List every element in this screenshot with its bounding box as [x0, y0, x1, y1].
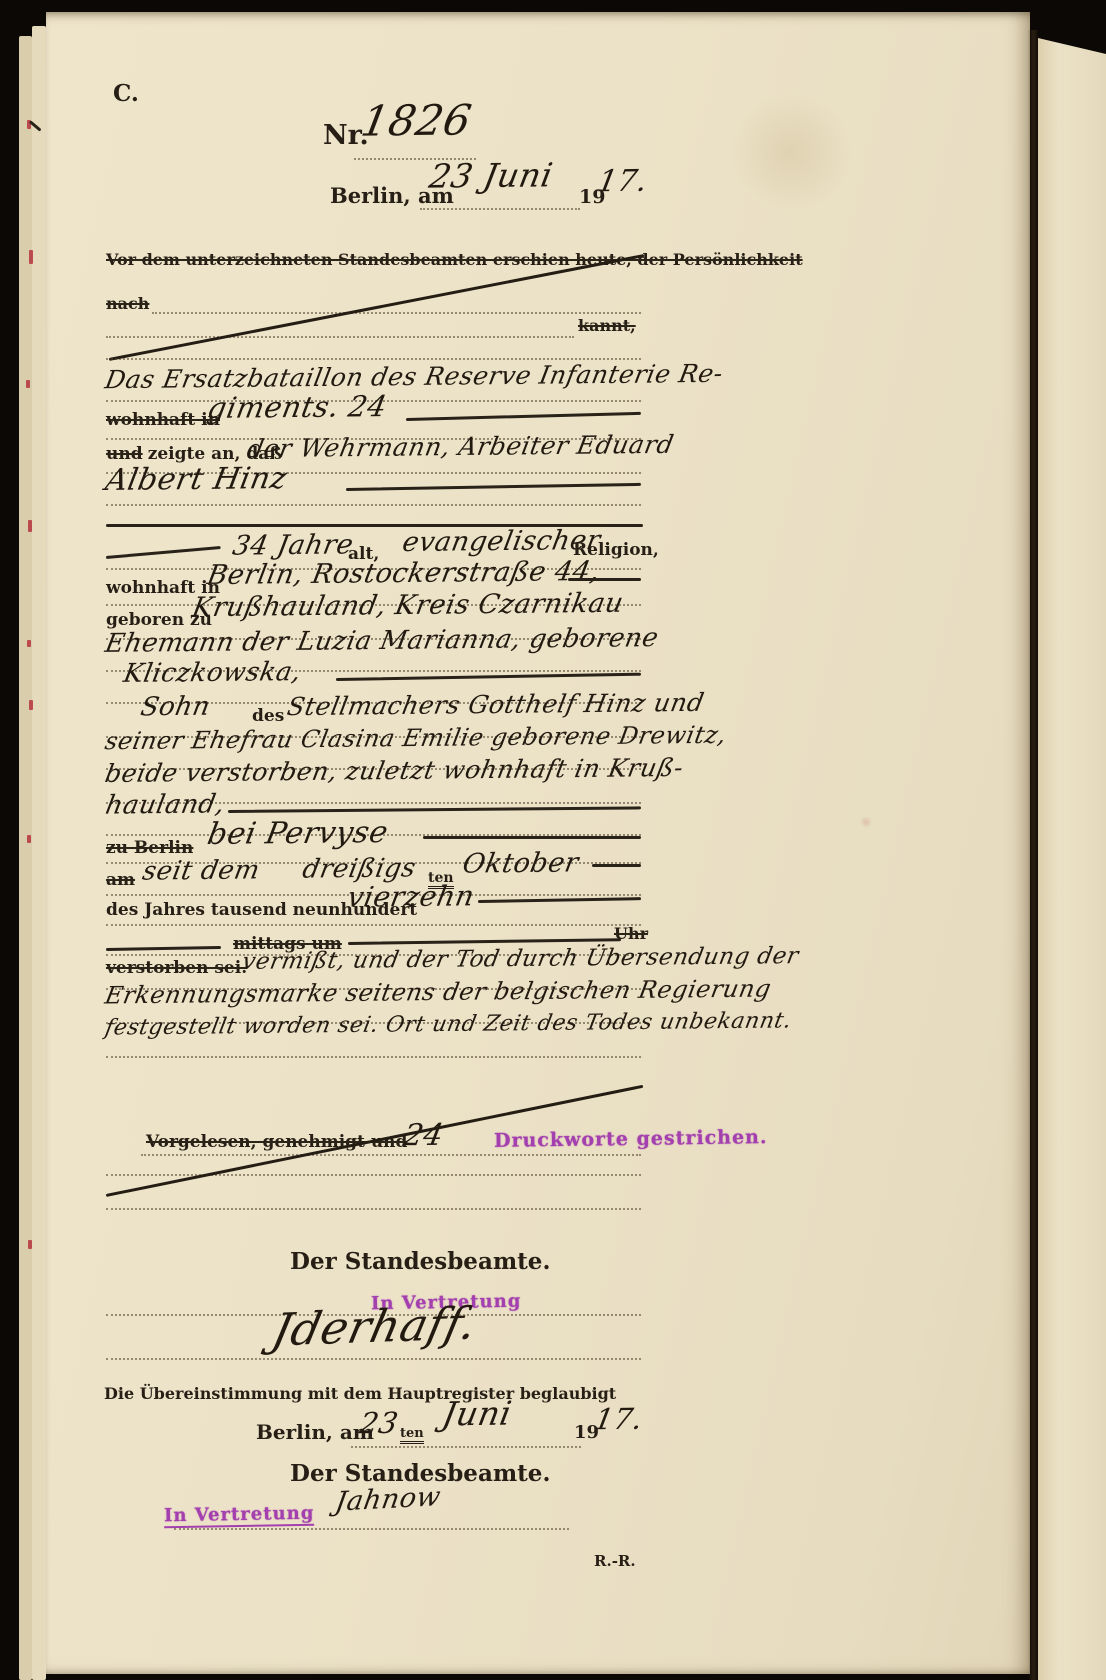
age-value: 34 Jahre: [230, 529, 356, 561]
pen-stroke: [478, 897, 641, 902]
adjacent-page-edge: [1038, 38, 1106, 1680]
red-edge-mark: [28, 520, 32, 532]
deceased-descriptor: der Wehrmann, Arbeiter Eduard: [245, 430, 676, 463]
und-label: und: [106, 444, 143, 464]
finding-line1: vermißt, und der Tod durch Übersendung d…: [240, 943, 801, 975]
red-edge-mark: [26, 380, 30, 388]
am-label: am: [106, 870, 135, 890]
registrar-signature-2: Jahnow: [333, 1481, 443, 1517]
pen-stroke: [336, 673, 641, 681]
des-label: des: [252, 706, 284, 726]
declarant-unit-line2: giments. 24: [205, 389, 390, 425]
strike-line: [109, 254, 645, 361]
mother-value: seiner Ehefrau Clasina Emilie geborene D…: [103, 721, 729, 755]
ruled-line: [106, 504, 641, 506]
certification-month: Juni: [439, 1394, 515, 1434]
death-place-value: bei Pervyse: [205, 815, 391, 852]
verstorben-label: verstorben sei.: [106, 958, 247, 978]
dateline-date-value: 23 Juni: [426, 155, 556, 195]
ruled-line: [351, 1446, 581, 1448]
parents-residence: hauland,: [103, 789, 227, 820]
ruled-line: [420, 208, 580, 210]
deceased-name: Albert Hinz: [103, 461, 290, 498]
in-vertretung-stamp-2: In Vertretung: [164, 1503, 315, 1529]
ruled-line: [106, 336, 574, 338]
dateline-year-value: 17.: [595, 164, 651, 200]
red-edge-mark: [29, 700, 33, 710]
ruled-line: [106, 924, 641, 926]
red-edge-mark: [28, 1240, 32, 1249]
red-edge-mark: [27, 640, 31, 647]
attestation-line: Die Übereinstimmung mit dem Hauptregiste…: [104, 1384, 616, 1403]
ruled-line: [106, 1174, 641, 1176]
birthplace-value: Krußhauland, Kreis Czarnikau: [190, 588, 626, 623]
pen-stroke: [106, 546, 221, 559]
certification-day: 23: [357, 1406, 401, 1440]
uhr-label: Uhr: [614, 924, 648, 943]
spouse-line2: Kliczkowska,: [121, 657, 304, 689]
parents-status: beide verstorben, zuletzt wohnhaft in Kr…: [103, 753, 686, 788]
certificate-page: C. Nr. 1826 Berlin, am 23 Juni 19 17. Vo…: [46, 12, 1030, 1674]
pen-stroke: [346, 483, 641, 491]
certification-ten-suffix: ten: [400, 1426, 424, 1444]
zu-berlin-label: zu Berlin: [106, 838, 193, 858]
binding-crease: [1028, 30, 1038, 1680]
finding-line3: festgestellt worden sei. Ort und Zeit de…: [103, 1008, 794, 1040]
ruled-line: [141, 1154, 641, 1156]
scanned-register-page: { "colors": { "paper": "#ece2c7", "ink":…: [0, 0, 1106, 1680]
ruled-line: [106, 1358, 641, 1360]
spouse-line1: Ehemann der Luzia Marianna, geborene: [103, 623, 661, 659]
finding-line2: Erkennungsmarke seitens der belgischen R…: [103, 975, 774, 1010]
ruled-line: [174, 1528, 569, 1530]
registrar-heading-1: Der Standesbeamte.: [290, 1248, 550, 1275]
pen-stroke: [348, 938, 621, 944]
intro-kannt: kannt,: [578, 316, 636, 335]
book-page-edge: [19, 36, 32, 1680]
ruled-line: [152, 312, 641, 314]
ruled-line: [106, 1056, 641, 1058]
ruled-line: [106, 1208, 641, 1210]
son-word: Sohn: [138, 692, 213, 723]
death-year-value: vierzehn: [345, 879, 477, 913]
pen-stroke: [423, 836, 641, 839]
red-edge-mark: [27, 835, 31, 843]
intro-line1: Vor dem unterzeichneten Standesbeamten e…: [106, 250, 803, 269]
book-page-edge: [32, 26, 46, 1680]
pen-stroke: [592, 864, 641, 867]
father-value: Stellmachers Gotthelf Hinz und: [285, 688, 707, 721]
pen-stroke: [106, 946, 221, 951]
death-date-seit: seit dem: [140, 855, 262, 886]
red-edge-mark: [29, 250, 33, 264]
certification-place-label: Berlin, am: [256, 1420, 374, 1444]
residence-value: Berlin, Rostockerstraße 44,: [205, 556, 603, 591]
pen-stroke: [406, 412, 641, 421]
pen-stroke: [228, 806, 641, 812]
footer-mark: R.-R.: [594, 1552, 636, 1570]
pen-stroke: [568, 578, 641, 581]
form-letter: C.: [113, 80, 139, 107]
wohnhaft-label-1: wohnhaft in: [106, 410, 220, 430]
registrar-signature-1: Jderhaff.: [268, 1297, 482, 1357]
certification-year: 17.: [592, 1402, 646, 1436]
death-date-month: Oktober: [460, 847, 581, 879]
declarant-unit-line1: Das Ersatzbataillon des Reserve Infanter…: [103, 359, 726, 394]
intro-nach: nach: [106, 294, 149, 313]
druckworte-stamp: Druckworte gestrichen.: [494, 1126, 768, 1152]
record-number-value: 1826: [357, 95, 475, 145]
